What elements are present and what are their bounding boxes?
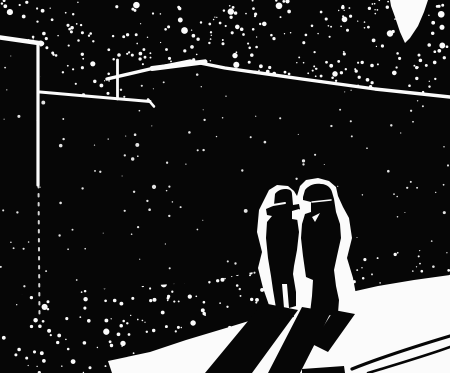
- street-speckle: [178, 300, 180, 302]
- sky-speckle: [70, 30, 73, 33]
- sky-speckle: [167, 25, 170, 28]
- wall-speckle: [10, 241, 12, 243]
- street-speckle: [42, 304, 48, 310]
- sky-speckle: [196, 38, 199, 41]
- sky-speckle: [438, 11, 445, 18]
- wall-speckle: [416, 187, 418, 189]
- wall-speckle: [72, 229, 74, 231]
- sky-speckle: [77, 2, 78, 3]
- sky-speckle: [210, 31, 212, 33]
- wall-speckle: [400, 132, 401, 133]
- street-speckle: [167, 295, 170, 298]
- sky-speckle: [70, 26, 73, 29]
- wall-speckle: [356, 269, 358, 271]
- sky-speckle: [320, 75, 323, 78]
- sky-speckle: [418, 54, 421, 57]
- sky-speckle: [81, 53, 84, 56]
- sky-speckle: [208, 42, 210, 44]
- sky-speckle: [307, 72, 309, 74]
- street-speckle: [38, 325, 42, 329]
- wall-speckle: [387, 170, 390, 173]
- wall-speckle: [6, 89, 7, 90]
- street-speckle: [79, 316, 81, 318]
- street-speckle: [446, 252, 447, 253]
- wall-speckle: [234, 262, 236, 264]
- sky-speckle: [213, 19, 215, 21]
- street-speckle: [83, 307, 86, 310]
- sky-speckle: [36, 7, 38, 9]
- sky-speckle: [81, 66, 84, 69]
- sky-speckle: [219, 22, 222, 25]
- sky-speckle: [320, 11, 323, 14]
- sky-speckle: [36, 20, 38, 22]
- sky-speckle: [343, 51, 345, 53]
- sky-speckle: [232, 6, 235, 9]
- street-speckle: [50, 334, 52, 336]
- wall-speckle: [412, 270, 414, 272]
- wall-speckle: [151, 125, 152, 126]
- sky-speckle: [210, 60, 211, 61]
- wall-speckle: [94, 170, 96, 172]
- sky-speckle: [437, 49, 441, 53]
- sky-speckle: [106, 92, 109, 95]
- sky-speckle: [313, 51, 315, 53]
- sky-speckle: [377, 63, 379, 65]
- street-speckle: [421, 270, 424, 273]
- sky-speckle: [377, 9, 379, 11]
- sky-speckle: [80, 24, 82, 26]
- sky-speckle: [262, 22, 267, 27]
- sky-speckle: [210, 38, 212, 40]
- sky-speckle: [192, 34, 196, 38]
- wall-speckle: [443, 184, 445, 186]
- sky-speckle: [138, 57, 141, 60]
- wall-speckle: [432, 265, 435, 268]
- sky-speckle: [225, 25, 227, 27]
- sky-speckle: [160, 42, 161, 43]
- sky-speckle: [337, 60, 340, 63]
- sky-speckle: [229, 16, 232, 19]
- wall-speckle: [58, 234, 60, 236]
- sky-speckle: [242, 33, 245, 36]
- street-speckle: [255, 302, 257, 304]
- street-speckle: [152, 329, 155, 332]
- wall-speckle: [180, 206, 182, 208]
- sky-speckle: [259, 23, 261, 25]
- sky-speckle: [340, 25, 342, 27]
- sky-speckle: [183, 49, 186, 52]
- wall-speckle: [435, 192, 436, 193]
- sky-speckle: [302, 41, 305, 44]
- street-speckle: [224, 278, 225, 279]
- sky-speckle: [342, 17, 348, 23]
- sky-speckle: [349, 15, 352, 18]
- sky-speckle: [222, 39, 224, 41]
- wall-speckle: [216, 136, 217, 137]
- sky-speckle: [139, 52, 143, 56]
- street-speckle: [104, 299, 107, 302]
- sky-speckle: [77, 39, 80, 42]
- sky-speckle: [255, 46, 258, 49]
- wall-speckle: [81, 187, 83, 189]
- sky-speckle: [395, 66, 397, 68]
- street-speckle: [81, 291, 83, 293]
- street-speckle: [181, 327, 183, 329]
- wall-speckle: [264, 141, 267, 144]
- wall-speckle: [168, 186, 170, 188]
- sky-speckle: [313, 65, 315, 67]
- sky-speckle: [431, 21, 435, 25]
- wall-speckle: [94, 145, 95, 146]
- wall-speckle: [295, 178, 297, 180]
- wall-speckle: [344, 91, 345, 92]
- street-speckle: [111, 318, 112, 319]
- sky-speckle: [115, 5, 118, 8]
- wall-speckle: [59, 144, 63, 148]
- wall-speckle: [397, 216, 399, 218]
- sky-speckle: [200, 21, 202, 23]
- sky-speckle: [191, 29, 192, 30]
- sky-speckle: [386, 6, 389, 9]
- sky-speckle: [134, 9, 137, 12]
- sky-speckle: [354, 68, 356, 70]
- wall-speckle: [404, 212, 405, 213]
- sky-speckle: [135, 33, 138, 36]
- street-speckle: [161, 311, 165, 315]
- illustration-canvas: Night snow scene — two figures walking p…: [0, 0, 450, 373]
- street-speckle: [362, 277, 365, 280]
- street-speckle: [113, 299, 117, 303]
- wall-speckle: [166, 162, 168, 164]
- sky-speckle: [315, 68, 317, 70]
- night-scene-svg: Night snow scene — two figures walking p…: [0, 0, 450, 373]
- wall-speckle: [123, 96, 125, 98]
- sky-speckle: [228, 8, 234, 14]
- sky-speckle: [370, 81, 373, 84]
- sky-speckle: [364, 21, 366, 23]
- sky-speckle: [280, 16, 282, 18]
- street-speckle: [83, 297, 87, 301]
- wall-speckle: [417, 100, 418, 101]
- street-speckle: [204, 314, 206, 316]
- sky-speckle: [296, 62, 297, 63]
- sky-speckle: [329, 64, 333, 68]
- wall-speckle: [324, 164, 325, 165]
- street-speckle: [226, 306, 228, 308]
- sky-speckle: [288, 73, 291, 76]
- sky-speckle: [439, 25, 444, 30]
- sky-speckle: [364, 27, 366, 29]
- wall-speckle: [152, 185, 156, 189]
- sky-speckle: [431, 32, 434, 35]
- sky-speckle: [142, 63, 144, 65]
- sky-speckle: [57, 35, 59, 37]
- street-speckle: [137, 319, 139, 321]
- street-speckle: [255, 298, 259, 302]
- sky-speckle: [284, 33, 285, 34]
- wall-speckle: [4, 67, 6, 69]
- street-speckle: [203, 301, 206, 304]
- street-speckle: [221, 278, 225, 282]
- sky-speckle: [240, 28, 244, 32]
- wall-speckle: [45, 270, 47, 272]
- sky-speckle: [223, 9, 225, 11]
- street-speckle: [419, 263, 421, 265]
- street-speckle: [25, 357, 28, 360]
- sky-speckle: [170, 60, 172, 62]
- wall-speckle: [197, 149, 199, 151]
- wall-speckle: [165, 243, 166, 244]
- sky-speckle: [374, 3, 376, 5]
- sky-speckle: [311, 25, 314, 28]
- street-speckle: [84, 290, 87, 293]
- sky-speckle: [92, 40, 94, 42]
- sky-speckle: [89, 32, 92, 35]
- street-speckle: [394, 253, 397, 256]
- wall-speckle: [253, 272, 255, 274]
- wall-speckle: [241, 169, 243, 171]
- sky-speckle: [51, 18, 54, 21]
- wall-speckle: [137, 226, 139, 228]
- wall-speckle: [28, 241, 30, 243]
- sky-speckle: [370, 64, 374, 68]
- street-speckle: [173, 301, 175, 303]
- sky-speckle: [315, 75, 317, 77]
- sky-speckle: [68, 45, 70, 47]
- street-speckle: [65, 339, 67, 341]
- sky-speckle: [196, 54, 198, 56]
- wall-speckle: [10, 55, 11, 56]
- sky-speckle: [358, 76, 361, 79]
- wall-speckle: [356, 237, 357, 238]
- wall-speckle: [99, 171, 101, 173]
- wall-speckle: [124, 154, 126, 156]
- wall-speckle: [169, 267, 171, 269]
- sky-speckle: [290, 32, 291, 33]
- wall-speckle: [137, 155, 139, 157]
- wall-speckle: [255, 116, 256, 117]
- sky-speckle: [235, 25, 240, 30]
- wall-speckle: [339, 109, 341, 111]
- wall-speckle: [4, 119, 5, 120]
- wall-speckle: [139, 259, 140, 260]
- sky-speckle: [427, 43, 431, 47]
- sky-speckle: [164, 28, 167, 31]
- sky-speckle: [413, 65, 415, 67]
- sky-speckle: [346, 29, 349, 32]
- wall-speckle: [203, 119, 205, 121]
- street-speckle: [33, 350, 36, 353]
- sky-speckle: [344, 10, 345, 11]
- street-speckle: [117, 332, 121, 336]
- wall-speckle: [166, 190, 168, 192]
- sky-speckle: [248, 47, 251, 50]
- sky-speckle: [287, 10, 291, 14]
- wall-speckle: [350, 120, 352, 122]
- sky-speckle: [233, 62, 239, 68]
- sky-speckle: [122, 35, 125, 38]
- street-speckle: [149, 299, 152, 302]
- street-speckle: [165, 325, 168, 328]
- street-speckle: [171, 291, 173, 293]
- sky-speckle: [231, 31, 234, 34]
- sky-speckle: [247, 43, 249, 45]
- sky-speckle: [216, 17, 217, 18]
- sky-speckle: [136, 43, 138, 45]
- sky-speckle: [284, 71, 287, 74]
- sky-speckle: [104, 80, 105, 81]
- sky-speckle: [248, 61, 251, 64]
- wall-speckle: [397, 252, 399, 254]
- sky-speckle: [232, 53, 237, 58]
- sky-speckle: [312, 70, 314, 72]
- sky-speckle: [45, 37, 48, 40]
- wall-speckle: [131, 157, 134, 160]
- street-speckle: [130, 315, 131, 316]
- street-speckle: [153, 298, 157, 302]
- wall-speckle: [410, 181, 412, 183]
- sky-speckle: [374, 9, 375, 10]
- wall-speckle: [163, 81, 165, 83]
- sky-speckle: [234, 11, 237, 14]
- wall-speckle: [225, 96, 226, 97]
- wall-speckle: [135, 143, 139, 147]
- sky-speckle: [221, 42, 224, 45]
- sky-speckle: [178, 18, 183, 23]
- wall-speckle: [2, 209, 4, 211]
- wall-speckle: [139, 110, 141, 112]
- sky-speckle: [439, 43, 445, 49]
- sky-speckle: [317, 33, 318, 34]
- street-speckle: [175, 330, 177, 332]
- wall-speckle: [406, 187, 408, 189]
- sky-speckle: [50, 8, 51, 9]
- wall-speckle: [239, 288, 241, 290]
- wall-speckle: [337, 186, 338, 187]
- sky-speckle: [328, 25, 330, 27]
- wall-speckle: [227, 260, 229, 262]
- wall-speckle: [366, 147, 368, 149]
- sky-speckle: [428, 15, 429, 16]
- street-speckle: [131, 297, 134, 300]
- street-speckle: [122, 320, 125, 323]
- street-speckle: [83, 341, 87, 345]
- street-speckle: [28, 365, 29, 366]
- sky-speckle: [342, 5, 345, 8]
- sky-speckle: [22, 15, 26, 19]
- sky-speckle: [65, 12, 67, 14]
- sky-speckle: [245, 13, 247, 15]
- sky-speckle: [325, 61, 328, 64]
- street-speckle: [250, 298, 253, 301]
- sky-speckle: [211, 35, 212, 36]
- sky-speckle: [343, 52, 346, 55]
- wall-speckle: [62, 138, 64, 140]
- wall-speckle: [362, 194, 363, 195]
- sky-speckle: [229, 5, 231, 7]
- sky-speckle: [332, 71, 338, 77]
- wall-speckle: [40, 187, 41, 188]
- street-speckle: [149, 287, 151, 289]
- street-speckle: [89, 366, 92, 369]
- wall-speckle: [416, 266, 417, 267]
- sky-speckle: [117, 53, 121, 57]
- street-speckle: [57, 334, 61, 338]
- sky-speckle: [112, 35, 114, 37]
- wall-speckle: [103, 233, 104, 234]
- wall-speckle: [351, 135, 353, 137]
- street-speckle: [104, 319, 108, 323]
- sky-speckle: [131, 54, 134, 57]
- sky-speckle: [42, 32, 46, 36]
- wall-speckle: [134, 133, 137, 136]
- sky-speckle: [208, 23, 211, 26]
- sky-speckle: [3, 4, 7, 8]
- wall-speckle: [314, 154, 316, 156]
- street-speckle: [42, 359, 46, 363]
- sky-speckle: [398, 57, 401, 60]
- street-speckle: [109, 340, 112, 343]
- sky-speckle: [366, 78, 370, 82]
- sky-speckle: [329, 36, 331, 38]
- street-speckle: [2, 336, 6, 340]
- sky-speckle: [75, 83, 77, 85]
- street-speckle: [119, 324, 123, 328]
- sky-speckle: [33, 38, 34, 39]
- street-speckle: [14, 353, 17, 356]
- sky-speckle: [357, 62, 359, 64]
- wall-speckle: [122, 175, 123, 176]
- sky-speckle: [325, 17, 328, 20]
- sky-speckle: [335, 80, 337, 82]
- sky-speckle: [250, 53, 254, 57]
- street-speckle: [177, 326, 180, 329]
- street-speckle: [110, 344, 113, 347]
- wall-speckle: [350, 90, 351, 91]
- sky-speckle: [72, 68, 74, 70]
- sky-speckle: [81, 31, 84, 34]
- sky-speckle: [433, 61, 437, 65]
- sky-speckle: [441, 4, 444, 7]
- sky-speckle: [62, 71, 64, 73]
- sky-speckle: [82, 58, 84, 60]
- wall-speckle: [67, 248, 69, 250]
- wall-speckle: [141, 85, 143, 87]
- sky-speckle: [252, 28, 255, 31]
- sky-speckle: [150, 57, 152, 59]
- wall-speckle: [23, 285, 25, 287]
- sky-speckle: [107, 48, 110, 51]
- wall-speckle: [13, 247, 15, 249]
- sky-speckle: [128, 51, 130, 53]
- sky-speckle: [387, 30, 393, 36]
- street-speckle: [219, 302, 221, 304]
- sky-speckle: [214, 17, 215, 18]
- sky-speckle: [66, 24, 69, 27]
- sky-speckle: [446, 45, 449, 48]
- street-speckle: [190, 320, 195, 325]
- street-speckle: [36, 366, 37, 367]
- wall-speckle: [172, 201, 174, 203]
- sky-speckle: [19, 4, 21, 6]
- wall-speckle: [84, 248, 86, 250]
- wall-speckle: [302, 159, 305, 162]
- street-speckle: [33, 318, 38, 323]
- wall-speckle: [168, 215, 170, 217]
- sky-speckle: [298, 56, 300, 58]
- sky-speckle: [392, 71, 397, 76]
- wall-speckle: [412, 121, 414, 123]
